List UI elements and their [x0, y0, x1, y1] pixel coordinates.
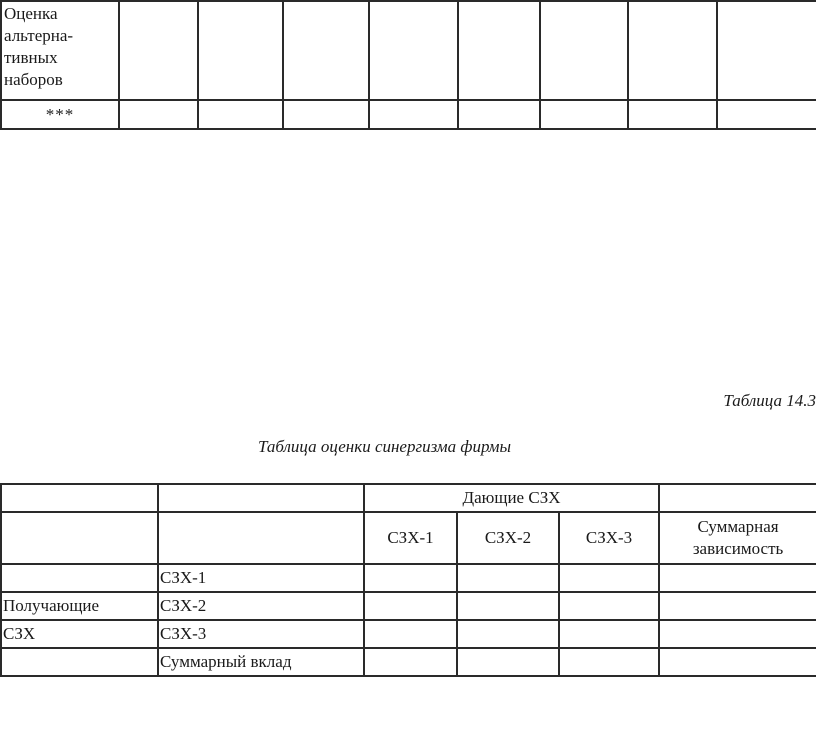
- value-cell: [659, 648, 816, 676]
- group-cell: СЗХ: [1, 620, 158, 648]
- value-cell: [659, 592, 816, 620]
- giving-column-header: СЗХ-3: [559, 512, 659, 564]
- alternative-sets-table: Оценка альтерна- тивных наборов ***: [0, 0, 816, 130]
- header-line: Суммарная: [660, 516, 816, 538]
- value-cell: [364, 620, 457, 648]
- table-title-caption: Таблица оценки синергизма фирмы: [258, 437, 511, 457]
- giving-header: Дающие СЗХ: [364, 484, 659, 512]
- empty-cell: [158, 484, 364, 512]
- value-cell: [364, 564, 457, 592]
- row-label-line: Оценка: [4, 3, 118, 25]
- empty-cell: [1, 512, 158, 564]
- value-cell: [457, 620, 559, 648]
- header-row: Дающие СЗХ: [1, 484, 816, 512]
- empty-cell: [540, 1, 628, 100]
- table-row: Суммарный вклад: [1, 648, 816, 676]
- empty-cell: [369, 1, 458, 100]
- empty-cell: [458, 1, 540, 100]
- empty-cell: [158, 512, 364, 564]
- value-cell: [559, 592, 659, 620]
- table-row: СЗХ-1: [1, 564, 816, 592]
- header-line: зависимость: [660, 538, 816, 560]
- empty-cell: [119, 100, 198, 129]
- value-cell: [457, 564, 559, 592]
- empty-cell: [628, 1, 717, 100]
- row-label: СЗХ-2: [158, 592, 364, 620]
- group-cell: [1, 564, 158, 592]
- row-label-line: наборов: [4, 69, 118, 91]
- empty-cell: [659, 484, 816, 512]
- value-cell: [559, 648, 659, 676]
- value-cell: [457, 592, 559, 620]
- header-row: СЗХ-1 СЗХ-2 СЗХ-3 Суммарная зависимость: [1, 512, 816, 564]
- row-label: СЗХ-1: [158, 564, 364, 592]
- row-label: Суммарный вклад: [158, 648, 364, 676]
- table-row: Оценка альтерна- тивных наборов: [1, 1, 816, 100]
- synergy-table: Дающие СЗХ СЗХ-1 СЗХ-2 СЗХ-3 Суммарная з…: [0, 483, 816, 677]
- total-dependence-header: Суммарная зависимость: [659, 512, 816, 564]
- row-label-cell: Оценка альтерна- тивных наборов: [1, 1, 119, 100]
- empty-cell: [369, 100, 458, 129]
- group-cell: [1, 648, 158, 676]
- row-label-line: альтерна-: [4, 25, 118, 47]
- table-row: СЗХ СЗХ-3: [1, 620, 816, 648]
- stars-cell: ***: [1, 100, 119, 129]
- giving-column-header: СЗХ-2: [457, 512, 559, 564]
- value-cell: [559, 564, 659, 592]
- giving-column-header: СЗХ-1: [364, 512, 457, 564]
- empty-cell: [198, 100, 283, 129]
- table-row: ***: [1, 100, 816, 129]
- row-label: СЗХ-3: [158, 620, 364, 648]
- empty-cell: [198, 1, 283, 100]
- value-cell: [457, 648, 559, 676]
- empty-cell: [283, 1, 369, 100]
- empty-cell: [1, 484, 158, 512]
- value-cell: [659, 564, 816, 592]
- empty-cell: [119, 1, 198, 100]
- table-number-caption: Таблица 14.3: [723, 391, 816, 411]
- empty-cell: [540, 100, 628, 129]
- value-cell: [659, 620, 816, 648]
- empty-cell: [283, 100, 369, 129]
- empty-cell: [717, 1, 816, 100]
- table-row: Получающие СЗХ-2: [1, 592, 816, 620]
- empty-cell: [628, 100, 717, 129]
- empty-cell: [458, 100, 540, 129]
- value-cell: [364, 648, 457, 676]
- value-cell: [364, 592, 457, 620]
- empty-cell: [717, 100, 816, 129]
- group-cell: Получающие: [1, 592, 158, 620]
- value-cell: [559, 620, 659, 648]
- row-label-line: тивных: [4, 47, 118, 69]
